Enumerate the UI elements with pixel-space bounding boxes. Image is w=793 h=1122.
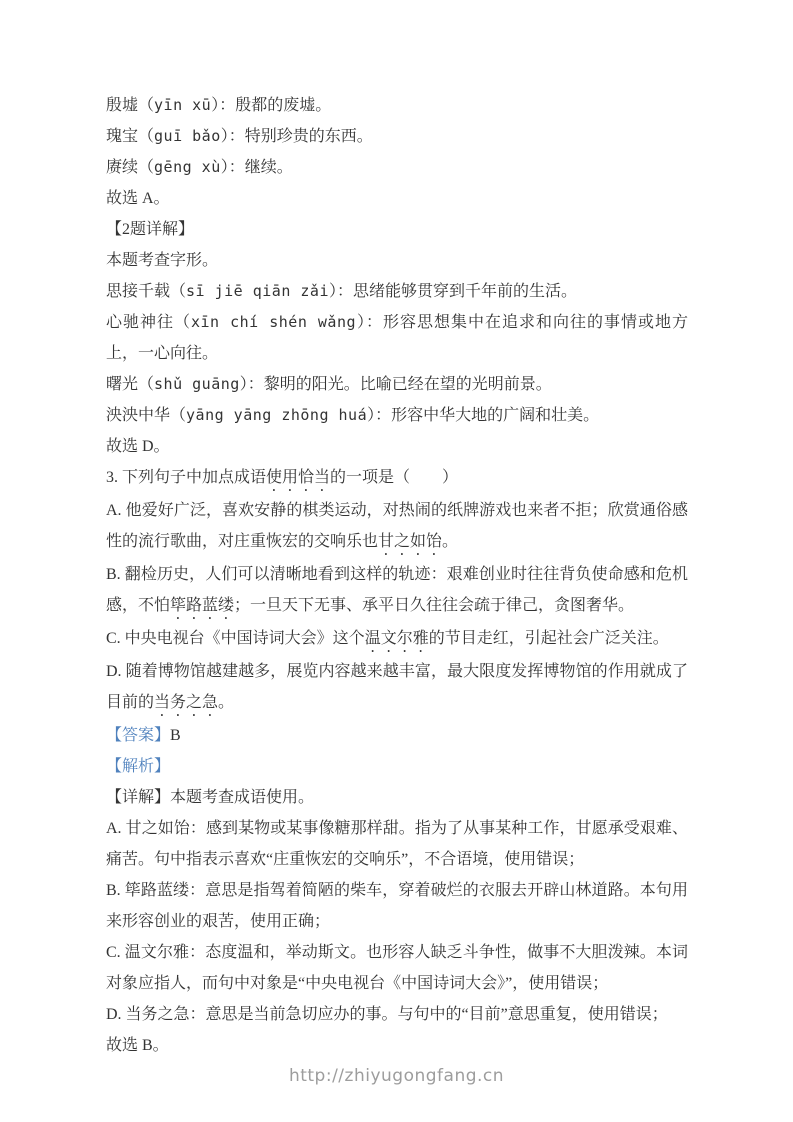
conclusion-q2: 故选 D。: [106, 431, 688, 462]
explanation-c: C. 温文尔雅：态度温和，举动斯文。也形容人缺乏斗争性，做事不大胆泼辣。本词对象…: [106, 937, 688, 999]
text-run: 心驰神往（: [106, 314, 191, 331]
question-3-stem: 3. 下列句子中加点成语使用恰当的一项是（ ）: [106, 462, 688, 495]
text-run: C. 中央电视台《中国诗词大会》这个: [106, 630, 365, 647]
text-run: ）：思绪能够贯穿到千年前的生活。: [329, 283, 577, 300]
text-run: D. 当务之急：意思是当前急切应办的事。与句中的“目前”意思重复，使用错误；: [106, 1006, 668, 1023]
text-run: 故选 B。: [106, 1037, 169, 1054]
text-run: 瑰宝（: [106, 128, 154, 145]
section-label: 【解析】: [106, 758, 170, 775]
text-run: ）：形容中华大地的广阔和壮美。: [367, 407, 599, 424]
text-run: A. 甘之如饴：感到某物或某事像糖那样甜。指为了从事某种工作，甘愿承受艰难、痛苦…: [106, 820, 688, 868]
definition-sijieqianzai: 思接千载（sī jiē qiān zǎi）：思绪能够贯穿到千年前的生活。: [106, 276, 688, 307]
text-run: ）：殷都的废墟。: [211, 97, 331, 114]
text-run: 的节目走红，引起社会广泛关注。: [429, 630, 669, 647]
text-run: 殷墟（: [106, 97, 154, 114]
conclusion-q1: 故选 A。: [106, 183, 688, 214]
text-run: 。: [218, 694, 234, 711]
text-run: 3. 下列句子中加点成语: [106, 469, 266, 486]
detail-heading-q3: 【详解】本题考查成语使用。: [106, 782, 688, 813]
question-3-option-c: C. 中央电视台《中国诗词大会》这个温文尔雅的节目走红，引起社会广泛关注。: [106, 623, 688, 656]
text-run: 曙光（: [106, 376, 154, 393]
definition-yinxu: 殷墟（yīn xū）：殷都的废墟。: [106, 90, 688, 121]
section-label: 【答案】: [106, 727, 170, 744]
text-run: 【详解】本题考查成语使用。: [106, 789, 314, 806]
section-heading-q2: 【2题详解】: [106, 214, 688, 245]
emphasized-idiom: 温文尔雅: [365, 630, 429, 647]
emphasized-idiom: 筚路蓝缕: [170, 597, 234, 614]
text-run: 故选 A。: [106, 190, 170, 207]
pinyin-text: gēng xù: [154, 158, 221, 176]
pinyin-text: sī jiē qiān zǎi: [186, 282, 329, 300]
footer-watermark-url: http://zhiyugongfang.cn: [0, 1066, 793, 1086]
definition-yangyangzhonghua: 泱泱中华（yāng yāng zhōng huá）：形容中华大地的广阔和壮美。: [106, 400, 688, 431]
explanation-d: D. 当务之急：意思是当前急切应办的事。与句中的“目前”意思重复，使用错误；: [106, 999, 688, 1030]
conclusion-q3: 故选 B。: [106, 1030, 688, 1061]
text-run: 赓续（: [106, 159, 154, 176]
explanation-b: B. 筚路蓝缕：意思是指驾着简陋的柴车，穿着破烂的衣服去开辟山林道路。本句用来形…: [106, 875, 688, 937]
pinyin-text: shǔ guāng: [154, 375, 240, 393]
explanation-a: A. 甘之如饴：感到某物或某事像糖那样甜。指为了从事某种工作，甘愿承受艰难、痛苦…: [106, 813, 688, 875]
definition-guibao: 瑰宝（guī bǎo）：特别珍贵的东西。: [106, 121, 688, 152]
emphasized-idiom: 甘之如饴: [378, 533, 442, 550]
exam-answer-page: 殷墟（yīn xū）：殷都的废墟。瑰宝（guī bǎo）：特别珍贵的东西。赓续（…: [0, 0, 793, 1122]
text-run: 故选 D。: [106, 438, 170, 455]
question-3-option-b: B. 翻检历史，人们可以清晰地看到这样的轨迹：艰难创业时往往背负使命感和危机感，…: [106, 559, 688, 623]
text-run: C. 温文尔雅：态度温和，举动斯文。也形容人缺乏斗争性，做事不大胆泼辣。本词对象…: [106, 944, 688, 992]
text-run: 思接千载（: [106, 283, 186, 300]
text-run: 本题考查字形。: [106, 252, 218, 269]
analysis-label-q3: 【解析】: [106, 751, 688, 782]
question-3-option-a: A. 他爱好广泛，喜欢安静的棋类运动，对热闹的纸牌游戏也来者不拒；欣赏通俗感性的…: [106, 495, 688, 559]
text-run: ）：黎明的阳光。比喻已经在望的光明前景。: [240, 376, 552, 393]
definition-xinchishenwang: 心驰神往（xīn chí shén wǎng）：形容思想集中在追求和向往的事情或…: [106, 307, 688, 369]
text-run: 【2题详解】: [106, 221, 194, 238]
pinyin-text: guī bǎo: [154, 127, 221, 145]
emphasized-idiom: 当务之急: [154, 694, 218, 711]
emphasized-idiom: 使用恰当: [266, 469, 330, 486]
text-run: ；一旦天下无事、承平日久往往会疏于律己，贪图奢华。: [234, 597, 634, 614]
text-run: 的一项是（ ）: [330, 469, 458, 486]
pinyin-text: xīn chí shén wǎng: [191, 313, 356, 331]
text-run: 。: [442, 533, 458, 550]
explanation-intro-q2: 本题考查字形。: [106, 245, 688, 276]
text-run: B. 筚路蓝缕：意思是指驾着简陋的柴车，穿着破烂的衣服去开辟山林道路。本句用来形…: [106, 882, 688, 930]
definition-shuguang: 曙光（shǔ guāng）：黎明的阳光。比喻已经在望的光明前景。: [106, 369, 688, 400]
text-run: ）：特别珍贵的东西。: [221, 128, 373, 145]
pinyin-text: yāng yāng zhōng huá: [186, 406, 367, 424]
definition-gengxu: 赓续（gēng xù）：继续。: [106, 152, 688, 183]
pinyin-text: yīn xū: [154, 96, 211, 114]
text-run: B: [170, 727, 181, 744]
text-run: ）：继续。: [221, 159, 293, 176]
document-body: 殷墟（yīn xū）：殷都的废墟。瑰宝（guī bǎo）：特别珍贵的东西。赓续（…: [0, 0, 793, 1061]
question-3-option-d: D. 随着博物馆越建越多，展览内容越来越丰富，最大限度发挥博物馆的作用就成了目前…: [106, 656, 688, 720]
answer-q3: 【答案】B: [106, 720, 688, 751]
text-run: 泱泱中华（: [106, 407, 186, 424]
